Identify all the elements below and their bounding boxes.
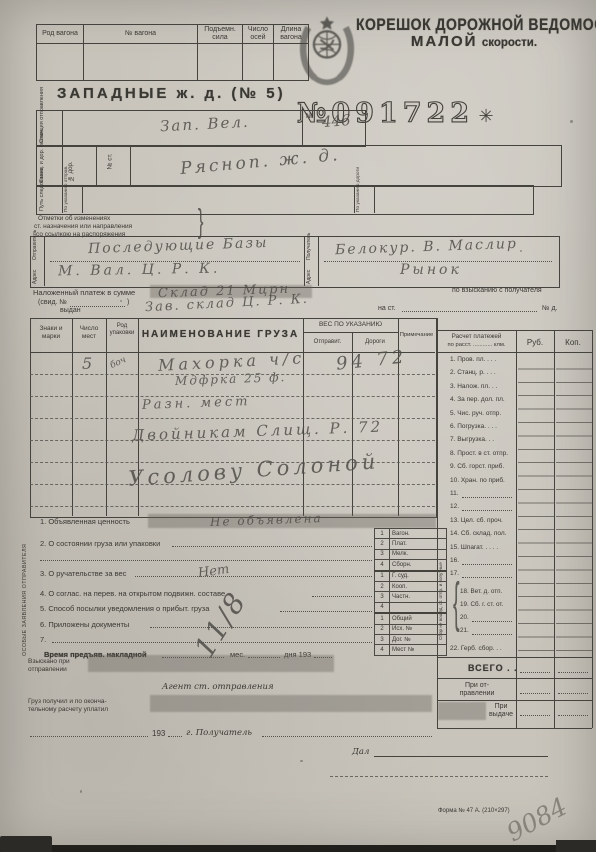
declaration-item: 5. Способ посылки уведомления о прибыт. … [40, 604, 209, 613]
grid-line [44, 236, 45, 286]
grid-line [72, 318, 73, 516]
class-num: 4 [375, 560, 390, 571]
wagon-cell-empty [37, 44, 84, 81]
grid-line [62, 110, 63, 145]
receiver-label: Получатель [306, 237, 316, 260]
fee-item: 6. Погрузка. . . . [450, 423, 497, 430]
dest-station-no-label: № ст. [107, 153, 114, 169]
leader-line [30, 736, 148, 737]
class-num: 1 [375, 613, 390, 624]
class-num: 1 [375, 571, 390, 582]
subtitle-bold: МАЛОЙ [411, 33, 477, 50]
fee-item: 20. [460, 614, 469, 621]
wagon-col-header: Число осей [243, 25, 274, 44]
smudge-block [88, 655, 334, 672]
declaration-item: 3. О ручательстве за вес [40, 569, 126, 578]
wagon-no-handwritten: 446 [321, 111, 351, 131]
leader-line [472, 634, 512, 635]
leader-line [462, 510, 512, 511]
charges-title2: по расст. ............ клм. [438, 342, 515, 348]
class-label [390, 602, 447, 613]
class-num: 4 [375, 645, 390, 655]
document-subtitle: МАЛОЙ скорости. [356, 33, 592, 51]
cargo-col-places: Число мест [72, 325, 106, 340]
kop-column-rules [556, 356, 592, 651]
declaration-item: 6. Приложены документы [40, 620, 129, 629]
class-num: 2 [375, 624, 390, 634]
receiver-address-handwritten: Рынок [400, 262, 462, 278]
fee-item: 13. Цел. сб. проч. [450, 517, 503, 524]
agent-label: Агент ст. отправления [162, 682, 274, 692]
soviet-emblem-icon [298, 10, 356, 95]
leader-line [520, 672, 550, 673]
leader-line [520, 715, 550, 716]
scan-speck [570, 120, 573, 123]
scan-speck [120, 300, 122, 302]
path-label: Путь следования [39, 187, 61, 211]
wagon-info-table: Род вагона № вагона Подъемн. сила Число … [36, 24, 309, 81]
scan-speck [80, 790, 82, 793]
form-number-label: Форма № 47 А. (210×297) [438, 808, 510, 814]
cargo-col-marks: Знаки и марки [30, 325, 72, 340]
scan-speck [520, 250, 522, 252]
class-num: 3 [375, 634, 390, 644]
grid-line [82, 185, 83, 213]
class-label: Плат. [390, 539, 447, 549]
cod-station-label: на ст. [378, 305, 396, 312]
cod-label: Наложенный платеж в сумме [33, 288, 135, 297]
cod-cert-close: ) [127, 299, 129, 306]
scan-edge [556, 840, 596, 852]
class-label: Г. суд. [390, 571, 447, 582]
grid-line [437, 678, 592, 679]
grid-line [318, 236, 319, 286]
declaration-item: 7. [40, 635, 46, 644]
at-issue-label1: При [486, 703, 516, 710]
cargo-col-weight-sender: Отправит. [303, 339, 352, 345]
received-label1: Груз получил и по оконча- [28, 698, 107, 706]
scan-edge [0, 845, 596, 852]
brace-mark: { [453, 572, 460, 635]
fee-item: 11. [450, 490, 459, 497]
at-issue-label2: выдаче [486, 711, 516, 718]
cargo-places-handwritten: 5 [82, 354, 92, 373]
class-label: Кооп. [390, 581, 447, 591]
change-note-line1: Отметки об изменениях [38, 215, 110, 223]
class-label: Исх. № [390, 624, 447, 634]
classification-table: 1Вагон. 2Плат. 3Мелк. 4Сборн. 1Г. суд. 2… [374, 528, 447, 656]
smudge-block [150, 695, 432, 712]
rule-line [374, 756, 548, 757]
grid-line [437, 657, 592, 658]
leader-line [462, 564, 512, 565]
cod-road-label: № д. [542, 305, 557, 312]
leader-line [558, 715, 588, 716]
leader-line [402, 311, 537, 312]
grid-line [592, 330, 593, 728]
declarations-side-label: ОСОБЫЕ ЗАЯВЛЕНИЯ ОТПРАВИТЕЛЯ [22, 514, 32, 656]
document-title: КОРЕШОК ДОРОЖНОЙ ВЕДОМОСТИ [356, 15, 592, 34]
charges-rub-header: Руб. [516, 338, 554, 347]
cargo-col-name: НАИМЕНОВАНИЕ ГРУЗА [138, 329, 303, 340]
class-num: 2 [375, 539, 390, 549]
smudge-block [438, 702, 486, 720]
class-label: Сборн. [390, 560, 447, 571]
wagon-col-header: № вагона [84, 25, 198, 44]
dal-label: Дал [352, 747, 369, 757]
grid-line [96, 145, 97, 185]
fee-item: 9. Сб. горст. приб. [450, 463, 504, 470]
leader-line [462, 497, 512, 498]
asterisk-icon: ✳ [479, 106, 494, 126]
fee-item: 21. [460, 627, 469, 634]
fee-item: 8. Прост. в ст. отпр. [450, 450, 508, 457]
sender-label: Отправитель [32, 237, 42, 260]
brace-mark: } [198, 202, 204, 240]
pencil-note-handwritten: 9084 [502, 792, 572, 847]
leader-line [280, 611, 372, 612]
leader-line [40, 560, 372, 561]
fee-item: 3. Налож. пл. . . [450, 383, 497, 390]
cod-issued-label: выдан [60, 307, 81, 314]
grid-line [302, 110, 303, 145]
fee-item: 4. За пер. дол. пл. [450, 396, 505, 403]
declaration-item: 2. О состоянии груза или упаковки [40, 539, 160, 548]
leader-line [520, 693, 550, 694]
fee-item: 10. Хран. по приб. [450, 477, 505, 484]
receiver-address-label: Адрес [306, 262, 316, 284]
fee-item: 5. Чис. руч. отпр. [450, 410, 501, 417]
grid-line [437, 330, 592, 331]
fee-item: 16. [450, 557, 459, 564]
sender-address-label: Адрес [32, 262, 42, 284]
subtitle-rest: скорости. [482, 37, 537, 49]
rule-line [330, 776, 548, 777]
fee-item: 18. Вет. д. отп. [460, 588, 502, 595]
grid-line [304, 236, 305, 286]
class-label: Частн. [390, 592, 447, 602]
collected-label1: Взыскано при [28, 658, 70, 666]
class-label: Дог. № [390, 634, 447, 644]
leader-line [312, 596, 372, 597]
at-dispatch-label1: При от- [440, 682, 514, 689]
grid-line [106, 318, 107, 516]
grid-line [130, 145, 131, 185]
wagon-col-header: Род вагона [37, 25, 84, 44]
path-box [36, 185, 534, 215]
scanned-waybill-document: Род вагона № вагона Подъемн. сила Число … [0, 0, 596, 852]
cod-recover-label: по взысканию с получателя [452, 287, 542, 294]
scan-speck [300, 760, 303, 762]
declaration-item: 4. О соглас. на перев. на открытом подви… [40, 589, 225, 598]
leader-line [150, 627, 372, 628]
grid-line [303, 332, 398, 333]
change-note-line2: ст. назначения или направления [34, 223, 132, 231]
leader-line [462, 577, 512, 578]
railway-name: ЗАПАДНЫЕ ж. д. (№ 5) [57, 85, 286, 102]
class-num: 1 [375, 529, 390, 539]
wagon-no-label: № [306, 113, 314, 120]
leader-line [262, 736, 432, 737]
grid-line [437, 318, 438, 728]
received-label2: тельному расчету уплатил [28, 706, 108, 714]
charges-title1: Расчет платежей [438, 333, 515, 340]
class-label: Общий [390, 613, 447, 624]
fee-item-stamp: 22. Герб. сбор. . . [450, 645, 502, 652]
by-road-label: По указанию дороги [356, 186, 372, 212]
charges-total-label: ВСЕГО . . [468, 663, 518, 673]
leader-line [558, 672, 588, 673]
at-dispatch-label2: правлении [440, 690, 514, 697]
grid-line [437, 728, 592, 729]
leader-line [172, 546, 372, 547]
cargo-col-weight-road: Дороги [352, 339, 398, 345]
collected-label2: отправлении [28, 666, 67, 674]
fee-item: 19. Сб. г. ст. от. [460, 601, 503, 608]
cargo-col-weight: ВЕС ПО УКАЗАНИЮ [303, 321, 398, 329]
grid-line [354, 185, 355, 213]
cargo-col-note: Примечание [398, 332, 435, 338]
grid-line [374, 185, 375, 213]
by-sender-label: По указанию отправ. [64, 186, 80, 212]
class-label: Мелк. [390, 549, 447, 559]
receiver-sign-label: г. Получатель [186, 728, 252, 738]
fee-item: 14. Сб. склад. пол. [450, 530, 506, 537]
class-num: 2 [375, 581, 390, 591]
scan-edge [0, 836, 52, 852]
wagon-cell-empty [84, 44, 198, 81]
leader-line [135, 576, 372, 577]
cargo-col-packing: Род упаковки [106, 323, 138, 337]
cod-cert-label: (свид. № [38, 299, 67, 306]
sender-address-handwritten: М. Вал. Ц. Р. К. [58, 261, 221, 280]
class-num: 3 [375, 592, 390, 602]
fee-item: 1. Пров. пл. . . . [450, 356, 496, 363]
rule-line [30, 506, 435, 507]
fee-item: 2. Станц. р. . . . [450, 369, 496, 376]
class-num: 3 [375, 549, 390, 559]
grid-line [62, 145, 63, 185]
fee-item: 7. Выгрузка. . . [450, 436, 494, 443]
wagon-cell-empty [198, 44, 243, 81]
grid-line [437, 352, 592, 353]
grid-line [554, 330, 555, 728]
wagon-cell-empty [243, 44, 274, 81]
class-label: Вагон. [390, 529, 447, 539]
charges-kop-header: Коп. [554, 338, 592, 347]
grid-line [62, 185, 63, 213]
fee-item: 15. Шпагат. . . . . [450, 544, 498, 551]
fee-item: 12. [450, 503, 459, 510]
declaration-item: 1. Объявленная ценность [40, 517, 130, 526]
weight-guarantee-handwritten: Нет [197, 562, 230, 581]
leader-line [168, 736, 182, 737]
class-num: 4 [375, 602, 390, 613]
rub-column-rules [518, 356, 554, 651]
rule-line [30, 484, 435, 485]
wagon-col-header: Подъемн. сила [198, 25, 243, 44]
leader-line [558, 693, 588, 694]
leader-line [472, 621, 512, 622]
class-label: Мест № [390, 645, 447, 655]
grid-line [437, 700, 592, 701]
year-label: 193 [152, 729, 165, 738]
